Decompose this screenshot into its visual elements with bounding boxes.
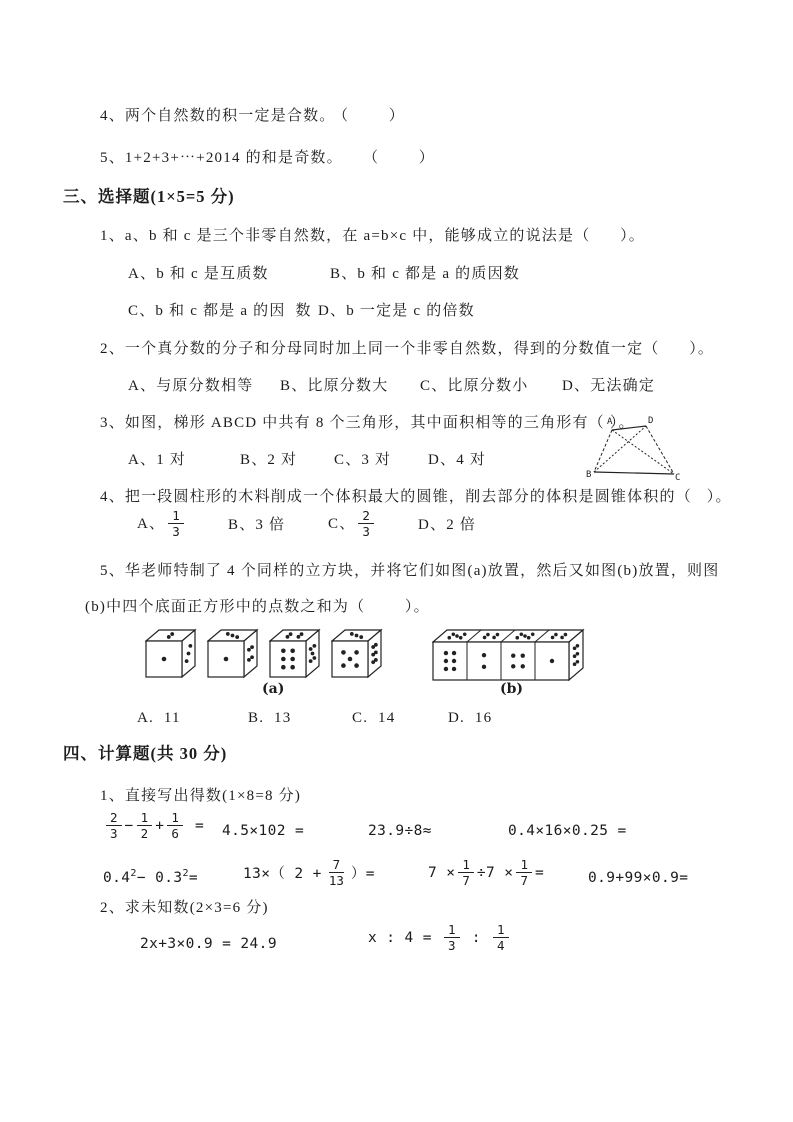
q3-option-b: B、2 对 xyxy=(240,450,297,470)
dice-figure-a xyxy=(145,628,384,680)
equation-1: 2x+3×0.9 = 24.9 xyxy=(140,934,277,954)
q1-option-d: D、b 一定是 c 的倍数 xyxy=(318,301,475,321)
q4-stem: 4、把一段圆柱形的木料削成一个体积最大的圆锥，削去部分的体积是圆锥体积的（ ）。 xyxy=(100,487,732,507)
calc-expr-1-2: 4.5×102 = xyxy=(222,821,304,841)
q5-option-d: D. 16 xyxy=(448,708,492,728)
section4-heading: 四、计算题(共 30 分) xyxy=(63,744,227,764)
vertex-c-label: C xyxy=(675,473,680,483)
q3-option-d: D、4 对 xyxy=(428,450,486,470)
q2-stem: 2、一个真分数的分子和分母同时加上同一个非零自然数，得到的分数值一定（ ）。 xyxy=(100,339,714,359)
q3-option-c: C、3 对 xyxy=(334,450,391,470)
q1-option-a: A、b 和 c 是互质数 xyxy=(128,264,269,284)
q4-option-d: D、2 倍 xyxy=(418,515,476,535)
plus-op: + xyxy=(155,818,164,834)
judge-item-4: 4、两个自然数的积一定是合数。 xyxy=(100,106,336,126)
dice-figure-b xyxy=(432,628,587,688)
q3-stem: 3、如图，梯形 ABCD 中共有 8 个三角形，其中面积相等的三角形有（ ）。 xyxy=(100,413,635,433)
vertex-d-label: D xyxy=(648,416,653,426)
q4-option-a: A、 1 3 xyxy=(137,508,187,539)
judge-item-5: 5、1+2+3+⋯+2014 的和是奇数。 xyxy=(100,148,343,168)
figure-a-label: (a) xyxy=(262,681,284,697)
calc-expr-1-1: 23 − 12 + 16 = xyxy=(103,810,204,841)
figure-b-label: (b) xyxy=(500,681,523,697)
equals-sign: = xyxy=(186,818,204,834)
calc-sub2-title: 2、求未知数(2×3=6 分) xyxy=(100,898,269,918)
q1-stem: 1、a、b 和 c 是三个非零自然数，在 a=b×c 中，能够成立的说法是（ ）… xyxy=(100,226,645,246)
calc-expr-2-2: 13×（ 2 + 713 ）= xyxy=(243,857,375,888)
q5-option-a: A. 11 xyxy=(137,708,181,728)
q2-option-d: D、无法确定 xyxy=(562,376,655,396)
q4-option-c-label: C、 xyxy=(328,514,355,534)
calc-expr-2-3: 7 × 17 ÷7 × 17 = xyxy=(428,857,544,888)
q1-option-b: B、b 和 c 都是 a 的质因数 xyxy=(330,264,520,284)
q4-option-b: B、3 倍 xyxy=(228,515,285,535)
calc-sub1-title: 1、直接写出得数(1×8=8 分) xyxy=(100,786,301,806)
vertex-a-label: A xyxy=(607,417,613,427)
q5-stem-line2: (b)中四个底面正方形中的点数之和为（ ）。 xyxy=(85,597,430,617)
fraction-2-3: 2 3 xyxy=(358,508,374,539)
q4-option-a-label: A、 xyxy=(137,514,165,534)
calc-expr-2-4: 0.9+99×0.9= xyxy=(588,868,688,888)
q2-option-a: A、与原分数相等 xyxy=(128,376,253,396)
vertex-b-label: B xyxy=(586,470,591,480)
q3-option-a: A、1 对 xyxy=(128,450,186,470)
calc-expr-1-4: 0.4×16×0.25 = xyxy=(508,821,627,841)
q2-option-b: B、比原分数大 xyxy=(280,376,388,396)
q5-option-c: C. 14 xyxy=(352,708,395,728)
section3-heading: 三、选择题(1×5=5 分) xyxy=(63,187,235,207)
q2-option-c: C、比原分数小 xyxy=(420,376,528,396)
calc-expr-1-3: 23.9÷8≈ xyxy=(368,821,432,841)
equation-2: x : 4 = 13 : 14 xyxy=(368,922,512,953)
q5-stem-line1: 5、华老师特制了 4 个同样的立方块，并将它们如图(a)放置，然后又如图(b)放… xyxy=(100,561,719,581)
q5-option-b: B. 13 xyxy=(248,708,291,728)
calc-expr-2-1: 0.42− 0.32= xyxy=(103,868,198,888)
q4-option-c: C、 2 3 xyxy=(328,508,377,539)
minus-op: − xyxy=(125,818,134,834)
judge-item-4-paren: （ ） xyxy=(333,106,405,126)
fraction-1-3: 1 3 xyxy=(168,508,184,539)
judge-item-5-paren: （ ） xyxy=(363,148,435,168)
trapezoid-figure: A D B C xyxy=(586,414,682,484)
q1-option-c: C、b 和 c 都是 a 的因 数 xyxy=(128,301,312,321)
exam-page: 4、两个自然数的积一定是合数。 （ ） 5、1+2+3+⋯+2014 的和是奇数… xyxy=(0,0,793,1122)
ratio-colon: : xyxy=(463,930,490,946)
